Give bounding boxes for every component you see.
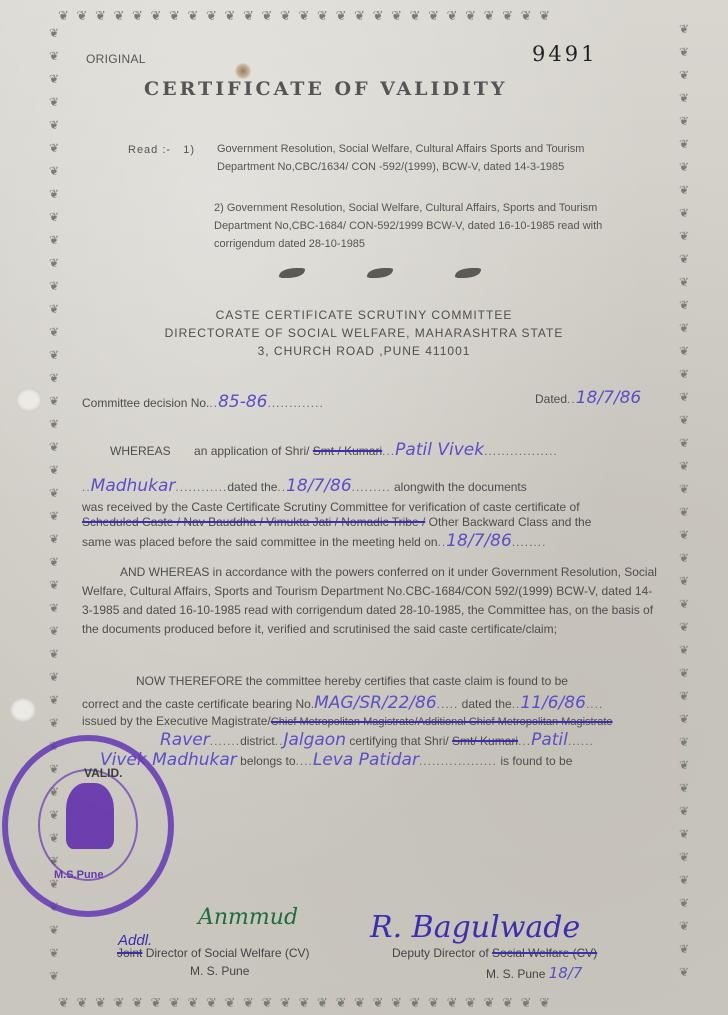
- copy-label: ORIGINAL: [86, 52, 146, 66]
- reference-2: 2) Government Resolution, Social Welfare…: [214, 199, 634, 253]
- and-whereas-paragraph: AND WHEREAS in accordance with the power…: [82, 563, 660, 639]
- caste-name: Leva Patidar: [313, 750, 419, 770]
- whereas-line-2: ..Madhukar............dated the..18/7/86…: [82, 476, 527, 496]
- now-therefore-line-1: NOW THEREFORE the committee hereby certi…: [136, 674, 568, 688]
- ornament-divider: [280, 268, 480, 278]
- reference-1: Government Resolution, Social Welfare, C…: [217, 140, 642, 176]
- certificate-title: CERTIFICATE OF VALIDITY: [144, 78, 508, 100]
- signatory-2-initials: 18/7: [549, 964, 583, 982]
- issuer-line-3: 3, CHURCH ROAD ,PUNE 411001: [0, 342, 728, 360]
- now-therefore-line-3: issued by the Executive Magistrate/Chief…: [82, 714, 613, 728]
- now-therefore-line-4: Raver.......district..Jalgaon certifying…: [160, 730, 594, 750]
- whereas-line-4: Scheduled Caste / Nav Bauddha / Vimukta …: [82, 515, 591, 529]
- official-seal-stamp: M.S.Pune: [2, 735, 174, 917]
- caste-certificate-date: 11/6/86: [520, 693, 586, 713]
- signatory-1-title: Joint Director of Social Welfare (CV): [117, 946, 310, 960]
- signatory-2-place: M. S. Pune 18/7: [486, 964, 582, 982]
- application-date: 18/7/86: [286, 476, 352, 496]
- valid-word: VALID.: [84, 766, 122, 780]
- national-emblem-icon: [66, 783, 114, 849]
- whereas-line-3: was received by the Caste Certificate Sc…: [82, 500, 580, 514]
- district-name: Jalgaon: [283, 730, 346, 750]
- now-therefore-line-2: correct and the caste certificate bearin…: [82, 693, 603, 713]
- punch-hole-top: [16, 388, 42, 412]
- applicant-name-cont: Madhukar: [91, 476, 176, 496]
- decorative-border-top: ❦ ❦ ❦ ❦ ❦ ❦ ❦ ❦ ❦ ❦ ❦ ❦ ❦ ❦ ❦ ❦ ❦ ❦ ❦ ❦ …: [58, 8, 690, 28]
- signatory-2-title: Deputy Director of Social Welfare (CV): [392, 946, 597, 960]
- decorative-border-bottom: ❦ ❦ ❦ ❦ ❦ ❦ ❦ ❦ ❦ ❦ ❦ ❦ ❦ ❦ ❦ ❦ ❦ ❦ ❦ ❦ …: [58, 995, 690, 1015]
- caste-certificate-number: MAG/SR/22/86: [314, 693, 437, 713]
- applicant-name: Patil Vivek: [395, 440, 484, 460]
- taluka-name: Raver: [160, 730, 210, 750]
- read-label: Read :- 1): [128, 144, 195, 156]
- whereas-line-1: WHEREAS an application of Shri/ Smt / Ku…: [110, 440, 558, 460]
- issuer-block: CASTE CERTIFICATE SCRUTINY COMMITTEE DIR…: [0, 306, 728, 360]
- leaf-ornament-icon: [366, 268, 394, 278]
- decorative-border-right: ❦❦❦❦❦❦❦❦❦❦❦❦❦❦❦❦❦❦❦❦❦❦❦❦❦❦❦❦❦❦❦❦❦❦❦❦❦❦❦❦…: [676, 18, 692, 998]
- decision-date-line: Dated..18/7/86: [535, 388, 641, 408]
- leaf-ornament-icon: [454, 268, 482, 278]
- issuer-line-2: DIRECTORATE OF SOCIAL WELFARE, MAHARASHT…: [0, 324, 728, 342]
- decision-number-line: Committee decision No...85-86...........…: [82, 392, 324, 412]
- signature-deputy-director: R. Bagulwade: [370, 910, 580, 945]
- person-surname: Patil: [531, 730, 568, 750]
- paper-stain: [235, 63, 251, 79]
- signature-director: Anmmud: [198, 905, 298, 930]
- seal-center-text: M.S.Pune: [54, 869, 104, 881]
- decision-number: 85-86: [218, 392, 267, 412]
- whereas-line-5: same was placed before the said committe…: [82, 531, 546, 551]
- signatory-1-place: M. S. Pune: [190, 964, 249, 978]
- now-therefore-line-5: Vivek Madhukar belongs to....Leva Patida…: [100, 750, 572, 770]
- serial-number: 9491: [532, 42, 597, 66]
- decision-date: 18/7/86: [576, 388, 642, 408]
- punch-hole-bottom: [10, 698, 36, 722]
- leaf-ornament-icon: [278, 268, 306, 278]
- meeting-date: 18/7/86: [446, 531, 512, 551]
- issuer-line-1: CASTE CERTIFICATE SCRUTINY COMMITTEE: [0, 306, 728, 324]
